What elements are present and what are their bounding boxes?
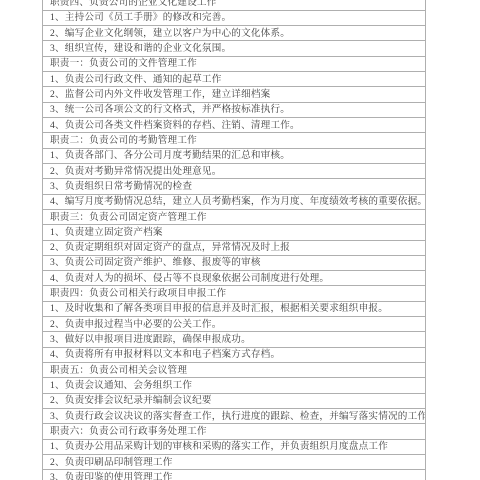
item-row: 1、负责办公用品采购计划的审核和采购的落实工作，并负责组织月度盘点工作 [43,440,425,455]
item-row: 4、编写月度考勤情况总结，建立人员考勤档案，作为月度、年度绩效考核的重要依据。 [43,195,425,210]
section-header-row: 职责二：负责公司的考勤管理工作 [43,133,425,148]
item-row: 4、负责公司各类文件档案资料的存档、注销、清理工作。 [43,118,425,133]
section-header-row: 职责三：负责公司固定资产管理工作 [43,210,425,225]
item-row: 3、负责组织日常考勤情况的检查 [43,179,425,194]
item-row: 4、负责将所有申报材料以文本和电子档案方式存档。 [43,348,425,363]
row-text: 1、负责办公用品采购计划的审核和采购的落实工作，并负责组织月度盘点工作 [50,440,388,455]
row-text: 职责五：负责公司相关会议管理 [50,363,187,378]
section-header-row: 职责一：负责公司的文件管理工作 [43,57,425,72]
row-text: 1、主持公司《员工手册》的修改和完善。 [50,11,231,26]
row-text: 4、负责将所有申报材料以文本和电子档案方式存档。 [50,348,280,363]
item-row: 1、负责会议通知、会务组织工作 [43,378,425,393]
section-header-row: 职责六：负责公司行政事务处理工作 [43,424,425,439]
item-row: 3、负责公司固定资产维护、维修、报废等的审核 [43,256,425,271]
item-row: 3、统一公司各项公文的行文格式，并严格按标准执行。 [43,103,425,118]
item-row: 3、负责行政会议决议的落实督查工作，执行进度的跟踪、检查，并编写落实情况的工作总… [43,409,425,424]
section-header-row: 职责四：负责公司相关行政项目申报工作 [43,286,425,301]
item-row: 2、编写企业文化纲领，建立以客户为中心的文化体系。 [43,26,425,41]
item-row: 2、监督公司内外文件收发管理工作，建立详细档案 [43,87,425,102]
item-row: 3、负责印鉴的使用管理工作 [43,470,425,480]
row-text: 3、做好以申报项目进度跟踪，确保申报成功。 [50,332,251,347]
row-text: 4、负责对人为的损坏、侵占等不良现象依据公司制度进行处理。 [50,271,329,286]
row-text: 1、负责建立固定资产档案 [50,225,163,240]
item-row: 2、负责申报过程当中必要的公关工作。 [43,317,425,332]
item-row: 1、负责各部门、各分公司月度考勤结果的汇总和审核。 [43,149,425,164]
row-text: 2、负责定期组织对固定资产的盘点，异常情况及时上报 [50,241,290,256]
row-text: 2、负责申报过程当中必要的公关工作。 [50,317,222,332]
row-text: 1、负责各部门、各分公司月度考勤结果的汇总和审核。 [50,149,290,164]
row-text: 2、负责印刷品印制管理工作 [50,455,173,470]
row-text: 1、及时收集和了解各类项目申报的信息并及时汇报，根据相关要求组织申报。 [50,302,388,317]
item-row: 3、组织宣传，建设和谐的企业文化氛围。 [43,41,425,56]
row-text: 2、编写企业文化纲领，建立以客户为中心的文化体系。 [50,26,290,41]
row-text: 职责三：负责公司固定资产管理工作 [50,210,207,225]
row-text: 职责六：负责公司行政事务处理工作 [50,424,207,439]
row-text: 2、负责安排会议纪录并编制会议纪要 [50,394,212,409]
row-text: 4、编写月度考勤情况总结，建立人员考勤档案，作为月度、年度绩效考核的重要依据。 [50,195,425,210]
item-row: 3、做好以申报项目进度跟踪，确保申报成功。 [43,332,425,347]
row-text: 职责二：负责公司的考勤管理工作 [50,133,197,148]
row-text: 3、负责公司固定资产维护、维修、报废等的审核 [50,256,261,271]
row-text: 4、负责公司各类文件档案资料的存档、注销、清理工作。 [50,118,300,133]
row-text: 3、负责组织日常考勤情况的检查 [50,179,192,194]
row-text: 职责四：负责公司相关行政项目申报工作 [50,286,226,301]
item-row: 4、负责对人为的损坏、侵占等不良现象依据公司制度进行处理。 [43,271,425,286]
item-row: 1、主持公司《员工手册》的修改和完善。 [43,11,425,26]
item-row: 1、及时收集和了解各类项目申报的信息并及时汇报，根据相关要求组织申报。 [43,302,425,317]
row-text: 3、负责印鉴的使用管理工作 [50,470,173,480]
row-text: 2、监督公司内外文件收发管理工作，建立详细档案 [50,87,270,102]
item-row: 2、负责印刷品印制管理工作 [43,455,425,470]
row-text: 职责一：负责公司的文件管理工作 [50,57,197,72]
item-row: 2、负责安排会议纪录并编制会议纪要 [43,394,425,409]
section-header-row: 职责四、负责公司的企业文化建设工作 [43,0,425,11]
item-row: 1、负责公司行政文件、通知的起草工作 [43,72,425,87]
row-text: 3、负责行政会议决议的落实督查工作，执行进度的跟踪、检查，并编写落实情况的工作总… [50,409,425,424]
row-text: 3、组织宣传，建设和谐的企业文化氛围。 [50,41,231,56]
row-text: 1、负责公司行政文件、通知的起草工作 [50,72,222,87]
item-row: 1、负责建立固定资产档案 [43,225,425,240]
section-header-row: 职责五：负责公司相关会议管理 [43,363,425,378]
row-text: 职责四、负责公司的企业文化建设工作 [50,0,217,10]
row-text: 3、统一公司各项公文的行文格式，并严格按标准执行。 [50,103,290,118]
responsibility-table: 职责四、负责公司的企业文化建设工作1、主持公司《员工手册》的修改和完善。2、编写… [42,0,426,480]
item-row: 2、负责对考勤异常情况提出处理意见。 [43,164,425,179]
item-row: 2、负责定期组织对固定资产的盘点，异常情况及时上报 [43,241,425,256]
row-text: 1、负责会议通知、会务组织工作 [50,378,192,393]
row-text: 2、负责对考勤异常情况提出处理意见。 [50,164,222,179]
